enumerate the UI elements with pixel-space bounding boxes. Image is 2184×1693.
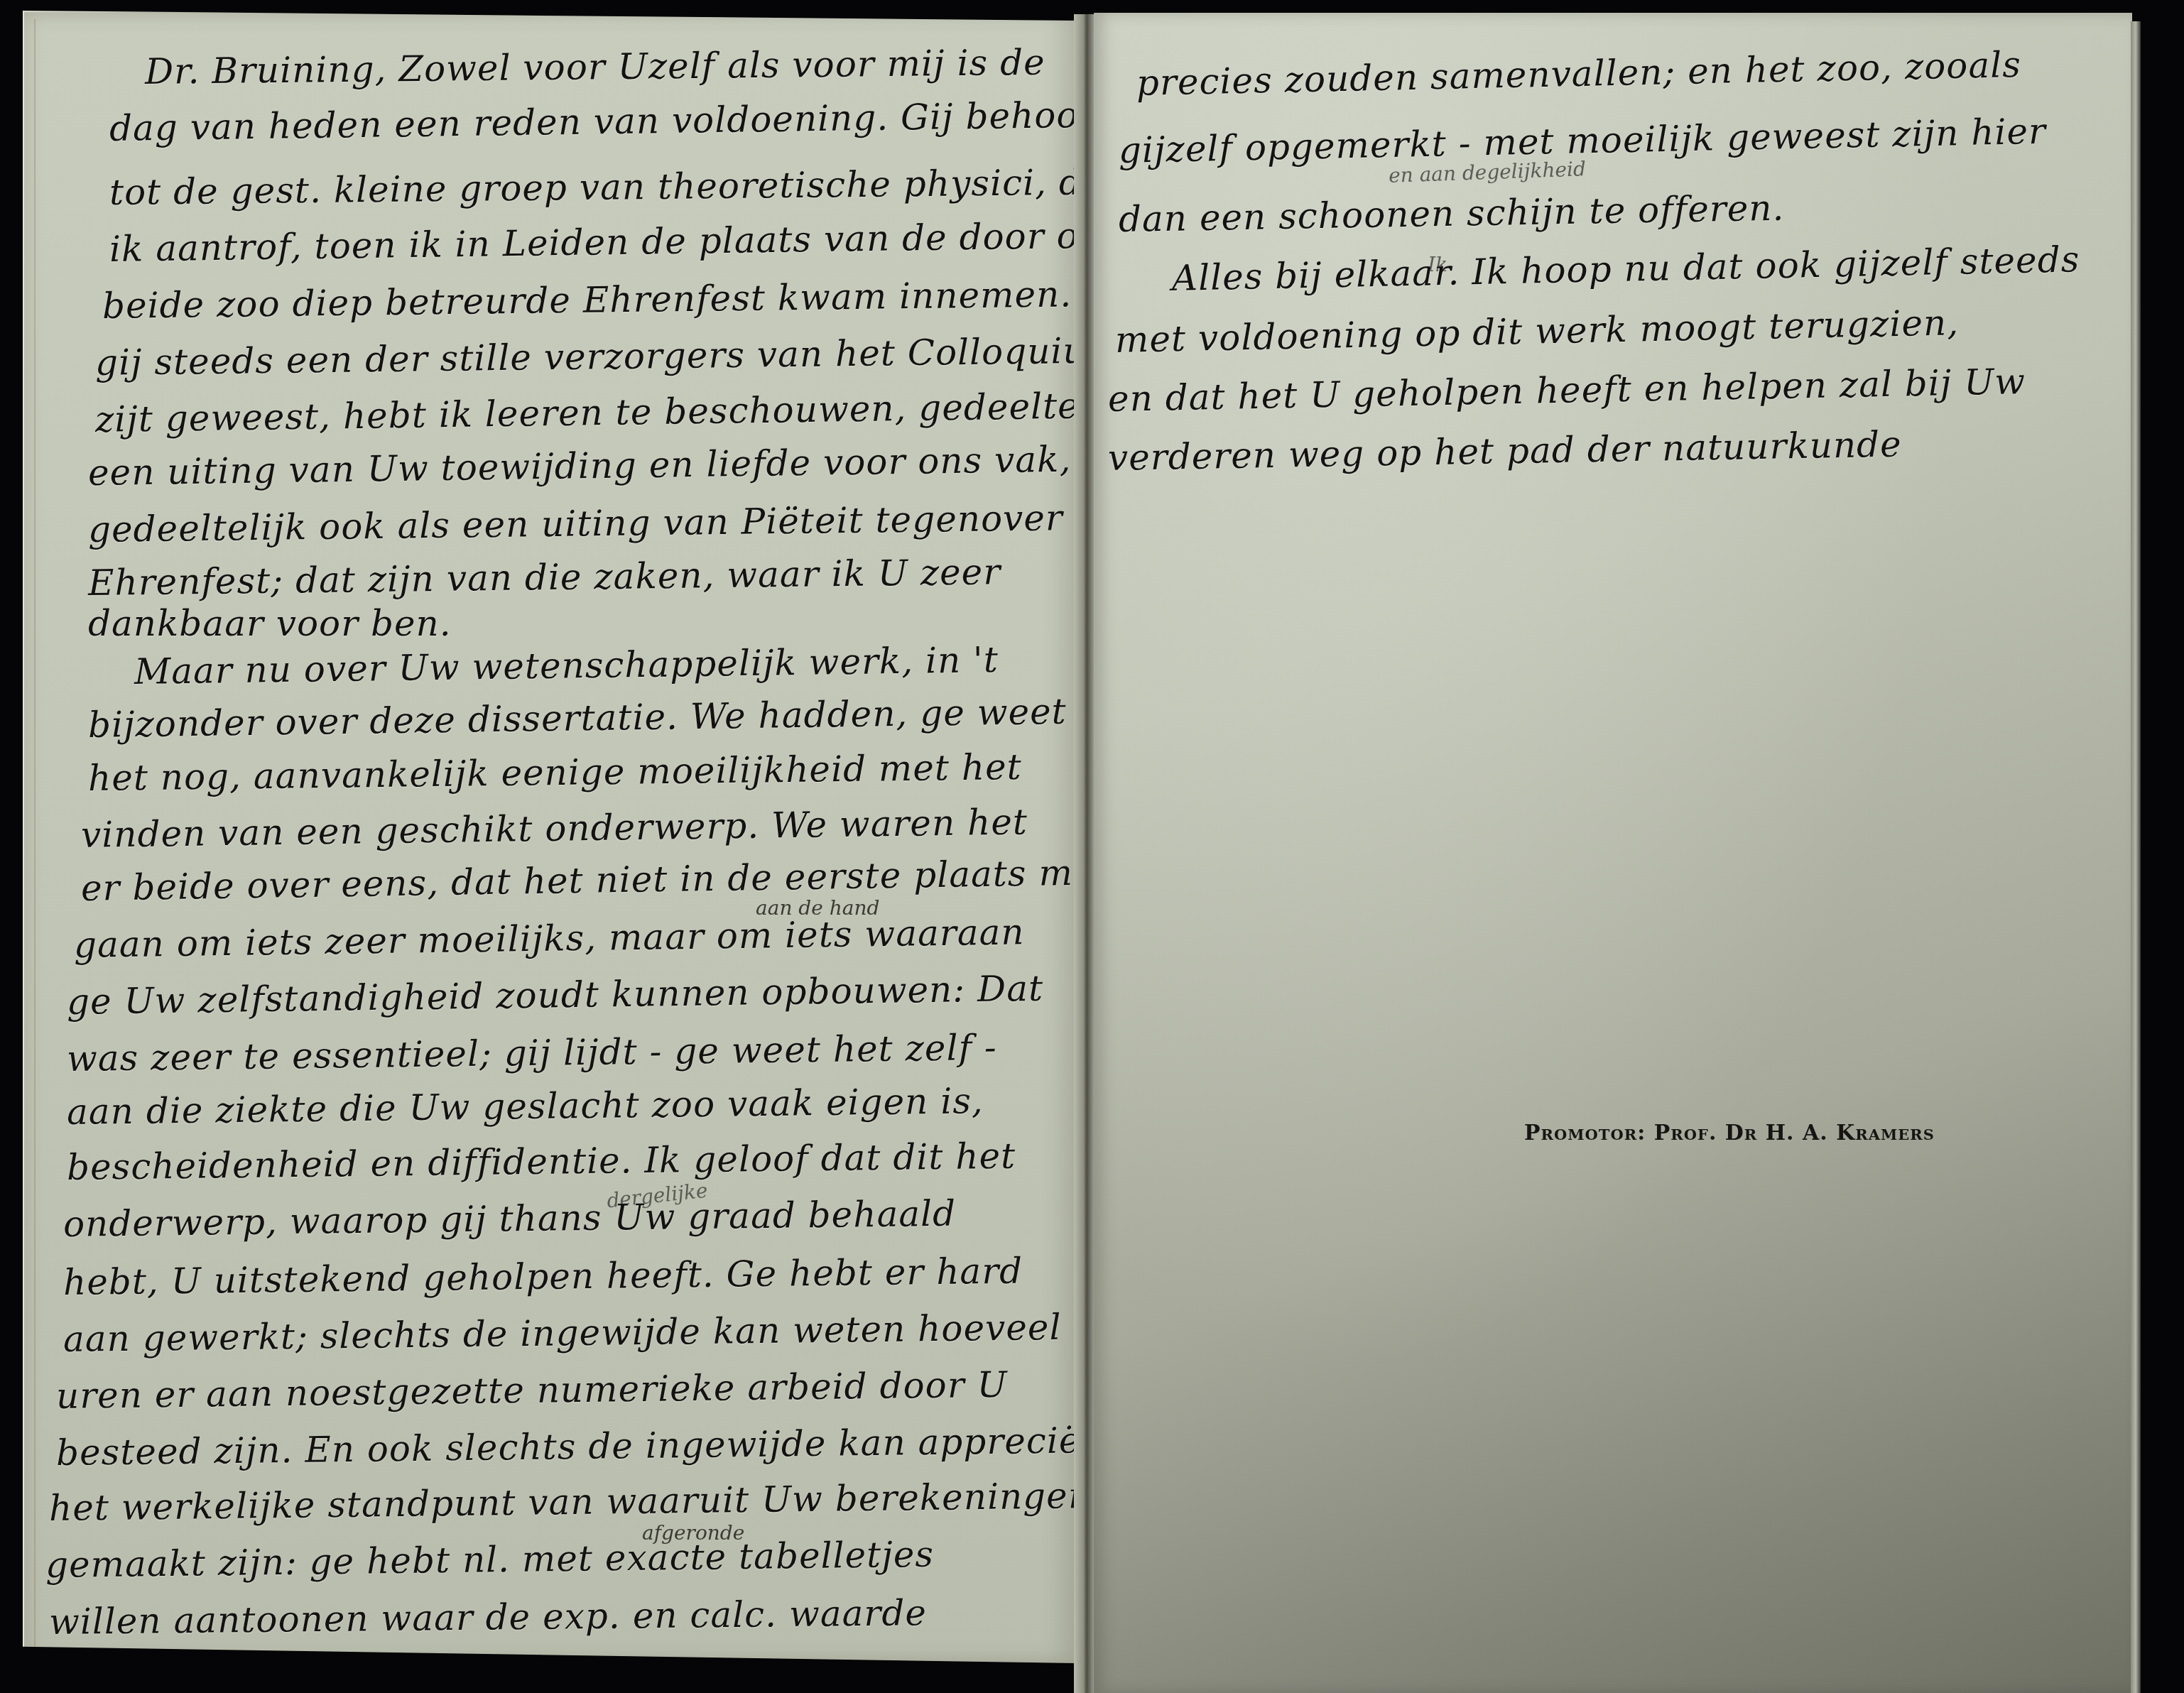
book-gutter bbox=[1074, 14, 1095, 1693]
left-line-28: gemaakt zijn: ge hebt nl. met exacte tab… bbox=[45, 1534, 935, 1586]
left-line-24: aan gewerkt; slechts de ingewijde kan we… bbox=[63, 1307, 1062, 1360]
left-line-3: tot de gest. kleine groep van theoretisc… bbox=[109, 161, 1117, 213]
left-line-29: willen aantoonen waar de exp. en calc. w… bbox=[49, 1592, 927, 1643]
left-line-12: Maar nu over Uw wetenschappelijk werk, i… bbox=[134, 639, 999, 692]
left-line-6: gij steeds een der stille verzorgers van… bbox=[95, 330, 1121, 383]
left-line-13: bijzonder over deze dissertatie. We hadd… bbox=[88, 691, 1067, 746]
right-line-6: en dat het U geholpen heeft en helpen za… bbox=[1107, 361, 2026, 420]
left-line-18: ge Uw zelfstandigheid zoudt kunnen opbou… bbox=[67, 968, 1044, 1023]
right-line-3: dan een schoonen schijn te offeren. bbox=[1118, 187, 1784, 240]
left-line-25: uren er aan noestgezette numerieke arbei… bbox=[56, 1364, 1008, 1417]
left-line-23: hebt, U uitstekend geholpen heeft. Ge he… bbox=[63, 1250, 1023, 1303]
left-line-4: ik aantrof, toen ik in Leiden de plaats … bbox=[109, 214, 1121, 270]
left-line-16: er beide over eens, dat het niet in de e… bbox=[81, 851, 1151, 909]
left-page: Dr. Bruining, Zowel voor Uzelf als voor … bbox=[23, 11, 1075, 1663]
left-line-10: Ehrenfest; dat zijn van die zaken, waar … bbox=[88, 551, 1001, 604]
right-line-7: verderen weg op het pad der natuurkunde bbox=[1107, 423, 1902, 478]
left-line-26: besteed zijn. En ook slechts de ingewijd… bbox=[56, 1419, 1144, 1474]
right-line-5: met voldoening op dit werk moogt terugzi… bbox=[1114, 302, 1959, 361]
left-line-19: was zeer te essentieel; gij lijdt - ge w… bbox=[67, 1027, 997, 1079]
page-edge bbox=[2131, 21, 2141, 1693]
promotor-name: Prof. Dr H. A. Kramers bbox=[1654, 1121, 1935, 1145]
left-line-27: het werkelijke standpunt van waaruit Uw … bbox=[49, 1475, 1092, 1529]
right-line-1: precies zouden samenvallen; en het zoo, … bbox=[1136, 44, 2021, 104]
promotor-line: Promotor: Prof. Dr H. A. Kramers bbox=[1524, 1121, 1935, 1145]
right-page: precies zouden samenvallen; en het zoo, … bbox=[1094, 13, 2132, 1693]
left-line-17: gaan om iets zeer moeilijks, maar om iet… bbox=[74, 911, 1025, 966]
left-line-1: Dr. Bruining, Zowel voor Uzelf als voor … bbox=[145, 42, 1045, 92]
left-line-21: bescheidenheid en diffidentie. Ik geloof… bbox=[67, 1136, 1016, 1188]
left-line-20: aan die ziekte die Uw geslacht zoo vaak … bbox=[67, 1080, 984, 1133]
right-line-4: Alles bij elkaar. Ik hoop nu dat ook gij… bbox=[1171, 239, 2080, 299]
left-line-9: gedeeltelijk ook als een uiting van Piët… bbox=[88, 497, 1064, 550]
left-line-11: dankbaar voor ben. bbox=[88, 603, 452, 644]
left-line-8: een uiting van Uw toewijding en liefde v… bbox=[88, 439, 1072, 494]
left-line-7: zijt geweest, hebt ik leeren te beschouw… bbox=[95, 383, 1203, 440]
left-line-5: beide zoo diep betreurde Ehrenfest kwam … bbox=[102, 273, 1151, 327]
left-line-22: onderwerp, waarop gij thans Uw graad beh… bbox=[63, 1193, 957, 1245]
left-line-14: het nog, aanvankelijk eenige moeilijkhei… bbox=[88, 746, 1022, 799]
promotor-label: Promotor: bbox=[1524, 1121, 1646, 1145]
book-spread: Dr. Bruining, Zowel voor Uzelf als voor … bbox=[0, 0, 2184, 1693]
left-line-15: vinden van een geschikt onderwerp. We wa… bbox=[81, 801, 1028, 856]
